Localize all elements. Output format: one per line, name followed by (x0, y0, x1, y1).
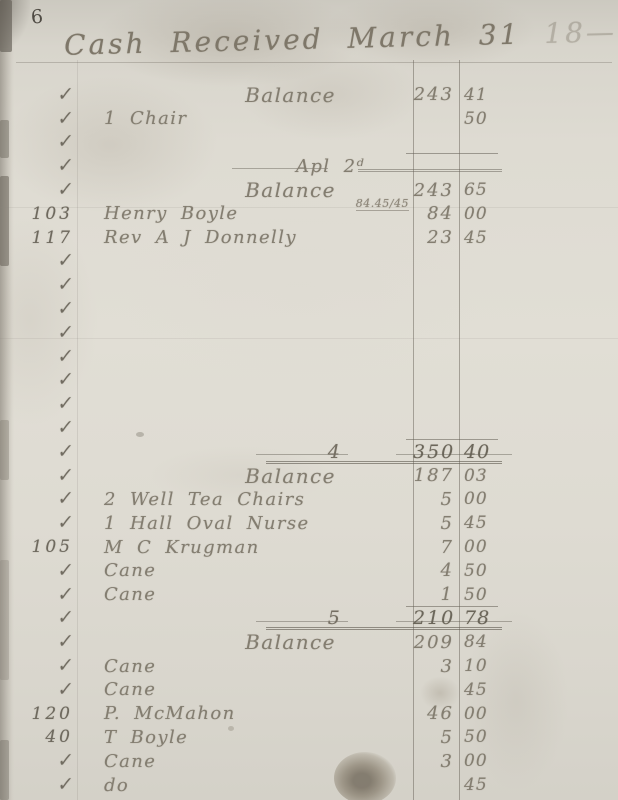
amount-rule-above (406, 439, 498, 440)
ledger-row: ✓ Cane 3 00 (0, 749, 618, 773)
amount-dollars: 7 (413, 537, 459, 558)
row-left-cell: ✓ (0, 419, 80, 437)
amount-cents: 45 (459, 680, 497, 700)
ledger-row: ✓ (0, 297, 618, 321)
row-description: M C Krugman (104, 537, 260, 558)
ledger-row: ✓ (0, 131, 618, 155)
row-description: Balance (245, 464, 336, 488)
row-left-cell: ✓ (0, 681, 80, 699)
row-left-cell: ✓ (0, 586, 80, 604)
row-description: T Boyle (104, 727, 188, 748)
amount-cents: 10 (459, 656, 497, 676)
amount-cents: 40 (459, 441, 497, 463)
check-mark: ✓ (57, 323, 74, 343)
row-left-cell: 117 (0, 228, 80, 248)
amount-cents: 00 (459, 751, 497, 771)
ledger-row: ✓ Apl 2ᵈ (0, 154, 618, 178)
row-left-cell: ✓ (0, 348, 80, 366)
ledger-row: ✓ (0, 250, 618, 274)
row-left-cell: 40 (0, 727, 80, 747)
ledger-row: ✓ (0, 416, 618, 440)
row-description-cell: 1 Chair (104, 108, 413, 129)
ledger-row: ✓ (0, 369, 618, 393)
amount-cents: 45 (459, 228, 497, 248)
amount-cents: 65 (459, 180, 497, 200)
scanned-ledger-page: 6 Cash Received March 31 18— ✓ Balance 2… (0, 0, 618, 800)
row-left-cell: ✓ (0, 490, 80, 508)
receipt-number: 117 (32, 228, 73, 248)
ledger-row: ✓ 4 350 40 (0, 440, 618, 464)
amount-cents: 84 (459, 632, 497, 652)
row-left-cell: 103 (0, 204, 80, 224)
row-description: Cane (104, 751, 156, 772)
check-mark: ✓ (57, 632, 74, 652)
ledger-row: ✓ 1 Hall Oval Nurse 5 45 (0, 511, 618, 535)
row-left-cell: ✓ (0, 157, 80, 175)
check-mark: ✓ (57, 370, 74, 390)
row-description-cell: Cane (104, 584, 413, 605)
ledger-row: ✓ 2 Well Tea Chairs 5 00 (0, 488, 618, 512)
row-description-cell: M C Krugman (104, 537, 413, 558)
row-description-cell: Balance (104, 464, 413, 488)
amount-cents: 41 (459, 85, 497, 105)
amount-dollars: 243 (413, 84, 459, 105)
row-left-cell: ✓ (0, 443, 80, 461)
amount-rule-above (406, 606, 498, 607)
row-left-cell: ✓ (0, 371, 80, 389)
ledger-row: ✓ 1 Chair 50 (0, 107, 618, 131)
ledger-row: ✓ Balance 243 41 (0, 83, 618, 107)
row-left-cell: ✓ (0, 752, 80, 770)
row-description: Balance (245, 83, 336, 107)
ledger-row: ✓ (0, 273, 618, 297)
row-description-cell: T Boyle (104, 727, 413, 748)
row-description-cell: Apl 2ᵈ (104, 156, 413, 177)
ledger-row: ✓ 5 210 78 (0, 607, 618, 631)
check-mark: ✓ (57, 109, 74, 129)
row-left-cell: ✓ (0, 633, 80, 651)
amount-dollars: 350 (413, 441, 459, 463)
row-description: Apl 2ᵈ (296, 156, 365, 177)
ledger-row: ✓ Balance 209 84 (0, 630, 618, 654)
amount-cents: 45 (459, 775, 497, 795)
ledger-row: 120 P. McMahon 46 00 (0, 702, 618, 726)
row-description-cell: Henry Boyle 84.45/45 (104, 203, 413, 224)
rule-segment (396, 454, 512, 455)
row-left-cell: ✓ (0, 395, 80, 413)
check-mark: ✓ (57, 252, 74, 272)
row-description: Henry Boyle (104, 203, 238, 224)
check-mark: ✓ (57, 608, 74, 628)
amount-dollars: 23 (413, 227, 459, 248)
receipt-number: 40 (45, 727, 73, 747)
row-description-cell: 1 Hall Oval Nurse (104, 513, 413, 534)
amount-dollars: 187 (413, 465, 459, 486)
row-annotation: 84.45/45 (356, 198, 409, 211)
check-mark: ✓ (57, 513, 74, 533)
check-mark: ✓ (57, 299, 74, 319)
check-mark: ✓ (57, 656, 74, 676)
check-mark: ✓ (57, 466, 74, 486)
row-left-cell: ✓ (0, 324, 80, 342)
amount-cents: 50 (459, 109, 497, 129)
receipt-number: 105 (32, 537, 73, 557)
amount-cents: 00 (459, 537, 497, 557)
ledger-row: ✓ (0, 345, 618, 369)
amount-dollars: 3 (413, 751, 459, 772)
row-description: Cane (104, 560, 156, 581)
ledger-row: ✓ Balance 243 65 (0, 178, 618, 202)
paper-speck (136, 432, 144, 437)
amount-cents: 78 (459, 607, 497, 629)
row-left-cell: ✓ (0, 86, 80, 104)
row-description-cell: Cane (104, 679, 413, 700)
row-description: Rev A J Donnelly (104, 227, 297, 248)
amount-cents: 00 (459, 204, 497, 224)
paper-speck (228, 726, 234, 731)
ledger-row: ✓ Cane 4 50 (0, 559, 618, 583)
check-mark: ✓ (57, 133, 74, 153)
check-mark: ✓ (57, 180, 74, 200)
amount-cents: 50 (459, 561, 497, 581)
ledger-row: 40 T Boyle 5 50 (0, 726, 618, 750)
row-description: 4 (328, 441, 342, 463)
row-description: Balance (245, 630, 336, 654)
row-description-cell: Rev A J Donnelly (104, 227, 413, 248)
check-mark: ✓ (57, 585, 74, 605)
header-rule (16, 62, 612, 63)
page-number: 6 (30, 6, 45, 29)
row-left-cell: ✓ (0, 562, 80, 580)
amount-dollars: 209 (413, 632, 459, 653)
ledger-row: ✓ do 45 (0, 773, 618, 797)
row-description-cell: Balance (104, 83, 413, 107)
row-description-cell: Cane (104, 656, 413, 677)
amount-dollars: 1 (413, 584, 459, 605)
amount-dollars: 5 (413, 513, 459, 534)
check-mark: ✓ (57, 751, 74, 771)
row-description-cell: 2 Well Tea Chairs (104, 489, 413, 510)
ledger-rows: ✓ Balance 243 41 ✓ 1 Chair 50 ✓ (0, 83, 618, 797)
check-mark: ✓ (57, 775, 74, 795)
row-description: 5 (328, 607, 342, 629)
row-left-cell: ✓ (0, 609, 80, 627)
amount-cents: 00 (459, 704, 497, 724)
row-description: Balance (245, 178, 336, 202)
amount-dollars: 5 (413, 489, 459, 510)
row-left-cell: ✓ (0, 300, 80, 318)
row-description: P. McMahon (104, 703, 236, 724)
row-description-cell: P. McMahon (104, 703, 413, 724)
check-mark: ✓ (57, 275, 74, 295)
ledger-row: 105 M C Krugman 7 00 (0, 535, 618, 559)
row-description: 1 Chair (104, 108, 187, 129)
page-corner-shadow (0, 0, 30, 48)
amount-cents: 03 (459, 466, 497, 486)
row-left-cell: ✓ (0, 181, 80, 199)
amount-dollars: 4 (413, 560, 459, 581)
row-left-cell: ✓ (0, 776, 80, 794)
row-left-cell: ✓ (0, 133, 80, 151)
check-mark: ✓ (57, 347, 74, 367)
check-mark: ✓ (57, 680, 74, 700)
check-mark: ✓ (57, 442, 74, 462)
ledger-row: ✓ Cane 1 50 (0, 583, 618, 607)
row-left-cell: ✓ (0, 514, 80, 532)
rule-after-segment (358, 169, 502, 172)
ledger-row: ✓ Cane 45 (0, 678, 618, 702)
amount-cents: 45 (459, 513, 497, 533)
amount-cents: 00 (459, 489, 497, 509)
row-left-cell: ✓ (0, 110, 80, 128)
row-description-cell: Balance (104, 630, 413, 654)
ledger-row: ✓ Cane 3 10 (0, 654, 618, 678)
row-description: Cane (104, 584, 156, 605)
check-mark: ✓ (57, 561, 74, 581)
page-title-text: Cash Received March 31 (64, 18, 521, 62)
receipt-number: 103 (32, 204, 73, 224)
check-mark: ✓ (57, 418, 74, 438)
amount-rule-above (406, 153, 498, 154)
row-left-cell: ✓ (0, 252, 80, 270)
check-mark: ✓ (57, 394, 74, 414)
row-description-cell: 5 (104, 607, 413, 629)
amount-cents: 50 (459, 727, 497, 747)
check-mark: ✓ (57, 489, 74, 509)
amount-dollars: 84 (413, 203, 459, 224)
row-description-cell: Cane (104, 560, 413, 581)
ledger-row: 117 Rev A J Donnelly 23 45 (0, 226, 618, 250)
row-left-cell: 105 (0, 537, 80, 557)
row-description-cell: 4 (104, 441, 413, 463)
row-description: 1 Hall Oval Nurse (104, 513, 310, 534)
ledger-row: ✓ (0, 321, 618, 345)
paper-stain (420, 676, 460, 710)
row-left-cell: ✓ (0, 657, 80, 675)
ledger-row: 103 Henry Boyle 84.45/45 84 00 (0, 202, 618, 226)
page-title-year-faded: 18— (544, 15, 617, 50)
row-description: 2 Well Tea Chairs (104, 489, 305, 510)
amount-cents: 50 (459, 585, 497, 605)
amount-dollars: 210 (413, 607, 459, 629)
row-description: do (104, 775, 129, 796)
ink-stain (334, 752, 396, 800)
amount-dollars: 5 (413, 727, 459, 748)
receipt-number: 120 (32, 704, 73, 724)
rule-segment (396, 621, 512, 622)
amount-dollars: 3 (413, 656, 459, 677)
check-mark: ✓ (57, 85, 74, 105)
row-left-cell: 120 (0, 704, 80, 724)
row-left-cell: ✓ (0, 467, 80, 485)
amount-dollars: 243 (413, 180, 459, 201)
row-description: Cane (104, 656, 156, 677)
page-title: Cash Received March 31 18— (64, 15, 618, 62)
row-description: Cane (104, 679, 156, 700)
row-left-cell: ✓ (0, 276, 80, 294)
ledger-row: ✓ (0, 392, 618, 416)
check-mark: ✓ (57, 156, 74, 176)
ledger-row: ✓ Balance 187 03 (0, 464, 618, 488)
